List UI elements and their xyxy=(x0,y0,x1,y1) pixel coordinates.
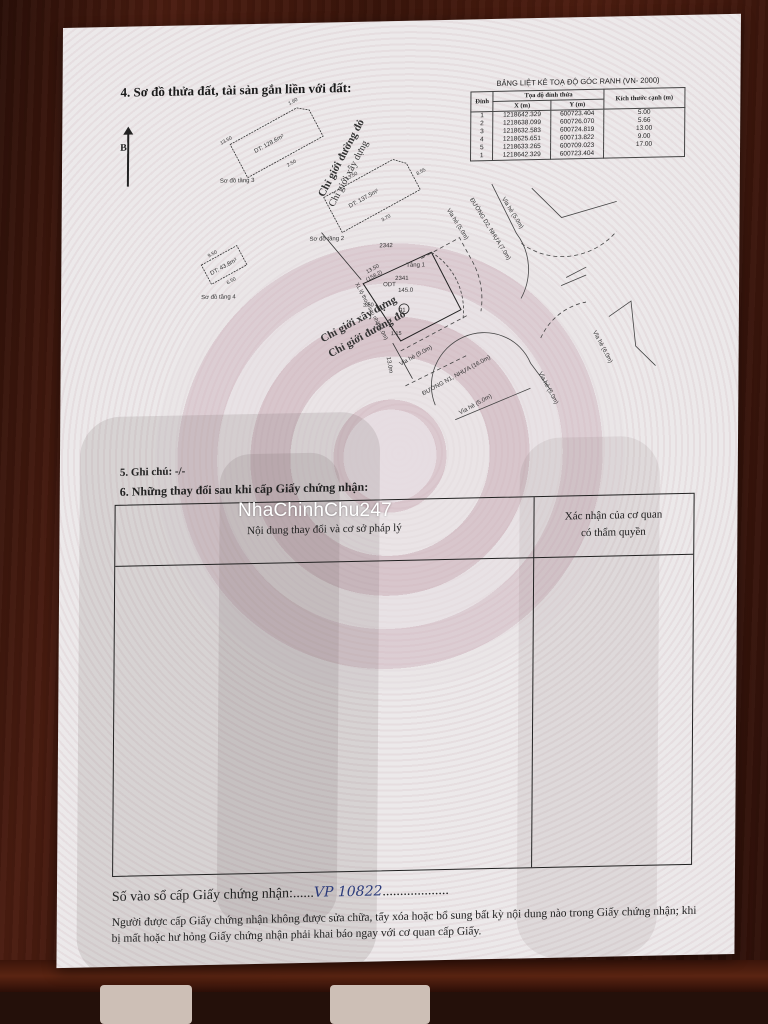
svg-text:6.50: 6.50 xyxy=(226,276,238,286)
registry-label: Số vào sổ cấp Giấy chứng nhận: xyxy=(112,886,293,905)
svg-text:DT: 128.6m²: DT: 128.6m² xyxy=(254,134,286,155)
svg-text:13.0m: 13.0m xyxy=(385,356,394,374)
svg-text:ODT: ODT xyxy=(383,282,396,288)
svg-text:9.50: 9.50 xyxy=(207,249,219,259)
svg-text:Vỉa hè (5.0m): Vỉa hè (5.0m) xyxy=(537,371,560,406)
changes-table: Nội dung thay đổi và cơ sở pháp lý Xác n… xyxy=(112,493,695,877)
changes-content-header: Nội dung thay đổi và cơ sở pháp lý xyxy=(115,519,533,540)
svg-text:Vỉa hè (5.0m): Vỉa hè (5.0m) xyxy=(445,207,470,241)
svg-text:Vỉa hè (6.0m): Vỉa hè (6.0m) xyxy=(591,329,614,364)
header-divider xyxy=(115,554,693,567)
foot-right xyxy=(330,985,430,1024)
svg-text:DT: 137.5m²: DT: 137.5m² xyxy=(348,189,380,210)
svg-text:Sơ đồ tầng 3: Sơ đồ tầng 3 xyxy=(220,178,255,185)
svg-text:2341: 2341 xyxy=(395,276,409,282)
parcel-diagram: 13.50 DT: 128.6m² 2.50 1.60 Sơ đồ tầng 3… xyxy=(60,14,741,448)
watermark-text: NhaChinhChu247 xyxy=(238,500,392,522)
footer-note: Người được cấp Giấy chứng nhận không đượ… xyxy=(112,903,702,947)
svg-text:Vỉa hè (5.0m): Vỉa hè (5.0m) xyxy=(458,393,493,417)
svg-text:13.50: 13.50 xyxy=(219,135,233,146)
section-5-notes: 5. Ghi chú: -/- xyxy=(120,465,185,478)
svg-text:1.60: 1.60 xyxy=(288,97,300,107)
section-6-title: 6. Những thay đổi sau khi cấp Giấy chứng… xyxy=(120,480,369,500)
svg-text:2342: 2342 xyxy=(379,243,393,249)
svg-text:Tầng 1: Tầng 1 xyxy=(406,262,425,268)
svg-text:8.55: 8.55 xyxy=(415,167,427,177)
svg-text:DT: 43.8m²: DT: 43.8m² xyxy=(209,258,238,278)
floor4-plan: 9.50 DT: 43.8m² 6.50 xyxy=(198,239,252,293)
column-divider xyxy=(531,497,535,867)
registry-line: Số vào sổ cấp Giấy chứng nhận:......VP 1… xyxy=(112,882,449,906)
svg-text:3.70: 3.70 xyxy=(381,213,393,223)
registry-number: VP 10822 xyxy=(314,883,383,900)
land-certificate-page: 4. Sơ đồ thửa đất, tài sản gắn liền với … xyxy=(56,14,741,968)
authority-confirmation-header: Xác nhận của cơ quan có thẩm quyền xyxy=(533,506,693,543)
svg-text:Vỉa hè (5.0m): Vỉa hè (5.0m) xyxy=(398,344,433,368)
svg-text:2.50: 2.50 xyxy=(286,159,298,169)
svg-text:Sơ đồ tầng 4: Sơ đồ tầng 4 xyxy=(201,294,236,301)
svg-text:1.15: 1.15 xyxy=(391,331,402,337)
svg-text:01: 01 xyxy=(399,308,406,314)
svg-text:145.0: 145.0 xyxy=(398,288,414,294)
foot-left xyxy=(100,985,192,1024)
